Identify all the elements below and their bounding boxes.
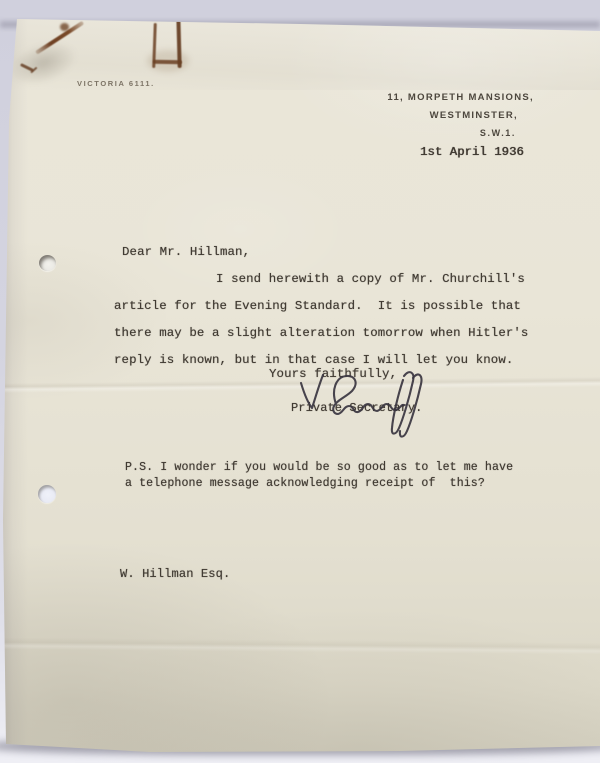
letterhead-telephone: VICTORIA 6111. (77, 79, 155, 88)
punch-hole-top (39, 255, 56, 271)
body-line-2: article for the Evening Standard. It is … (114, 299, 521, 313)
punch-hole-bottom (38, 485, 56, 503)
letter-photograph: VICTORIA 6111. 11, MORPETH MANSIONS, WES… (0, 0, 600, 763)
postscript-line2: a telephone message acknowledging receip… (125, 477, 485, 490)
rust-stain-blob (60, 23, 69, 31)
rust-mark-bottom-bar (153, 60, 182, 65)
letterhead-address-line1: 11, MORPETH MANSIONS, (330, 92, 534, 103)
letterhead-address: 11, MORPETH MANSIONS, WESTMINSTER, S.W.1… (330, 92, 534, 138)
addressee: W. Hillman Esq. (120, 567, 230, 581)
body-line-4: reply is known, but in that case I will … (114, 353, 513, 367)
body-line-1: I send herewith a copy of Mr. Churchill'… (216, 272, 525, 286)
body-line-3: there may be a slight alteration tomorro… (114, 326, 528, 340)
letterhead-address-line2: WESTMINSTER, (330, 110, 534, 121)
letterhead-address-line3: S.W.1. (330, 128, 534, 138)
lower-fold-crease (0, 637, 600, 654)
letter-paper: VICTORIA 6111. 11, MORPETH MANSIONS, WES… (0, 0, 600, 763)
letter-date: 1st April 1936 (420, 145, 524, 159)
postscript-line1: P.S. I wonder if you would be so good as… (125, 461, 513, 474)
handwritten-signature (292, 368, 424, 442)
salutation: Dear Mr. Hillman, (122, 245, 250, 259)
